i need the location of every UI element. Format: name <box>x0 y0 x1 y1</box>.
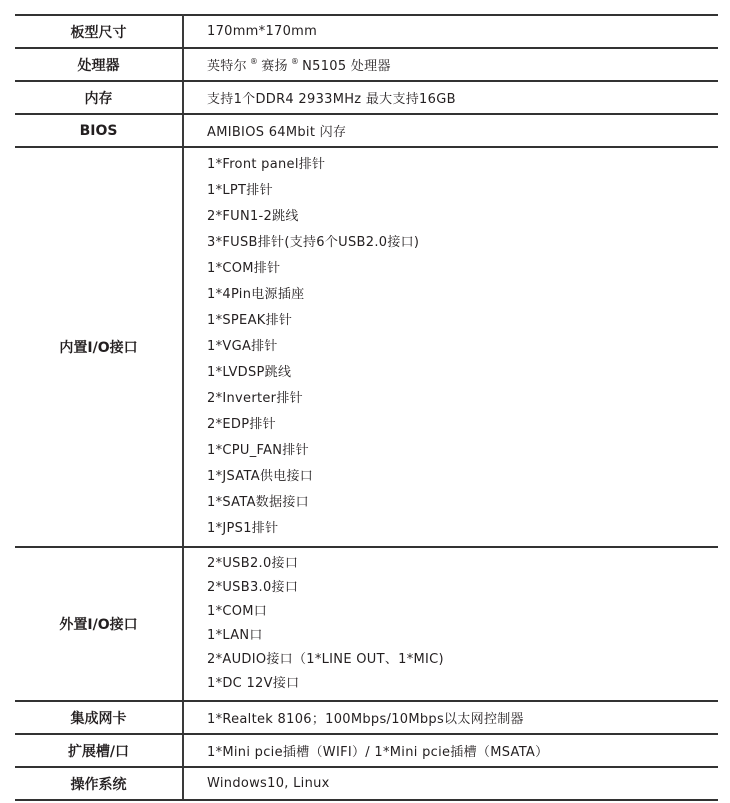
value-external-io: 2*USB2.0接口 2*USB3.0接口 1*COM口 1*LAN口 2*AU… <box>183 547 718 701</box>
list-item: 1*LVDSP跳线 <box>207 360 718 386</box>
list-item: 2*FUN1-2跳线 <box>207 204 718 230</box>
list-item: 2*AUDIO接口（1*LINE OUT、1*MIC) <box>207 648 718 672</box>
label-network: 集成网卡 <box>15 701 183 734</box>
list-item: 1*DC 12V接口 <box>207 672 718 696</box>
value-internal-io: 1*Front panel排针 1*LPT排针 2*FUN1-2跳线 3*FUS… <box>183 147 718 547</box>
list-item: 1*JSATA供电接口 <box>207 464 718 490</box>
external-io-list: 2*USB2.0接口 2*USB3.0接口 1*COM口 1*LAN口 2*AU… <box>207 548 718 700</box>
list-item: 3*FUSB排针(支持6个USB2.0接口) <box>207 230 718 256</box>
processor-series: 赛扬 <box>261 59 288 74</box>
value-network: 1*Realtek 8106；100Mbps/10Mbps以太网控制器 <box>183 701 718 734</box>
row-memory: 内存 支持1个DDR4 2933MHz 最大支持16GB <box>15 81 718 114</box>
row-network: 集成网卡 1*Realtek 8106；100Mbps/10Mbps以太网控制器 <box>15 701 718 734</box>
value-processor: 英特尔®赛扬®N5105 处理器 <box>183 48 718 81</box>
list-item: 1*COM排针 <box>207 256 718 282</box>
row-internal-io: 内置I/O接口 1*Front panel排针 1*LPT排针 2*FUN1-2… <box>15 147 718 547</box>
value-memory: 支持1个DDR4 2933MHz 最大支持16GB <box>183 81 718 114</box>
list-item: 1*SPEAK排针 <box>207 308 718 334</box>
row-processor: 处理器 英特尔®赛扬®N5105 处理器 <box>15 48 718 81</box>
label-os: 操作系统 <box>15 767 183 800</box>
registered-mark-icon: ® <box>291 57 299 66</box>
list-item: 1*LAN口 <box>207 624 718 648</box>
list-item: 1*CPU_FAN排针 <box>207 438 718 464</box>
list-item: 1*VGA排针 <box>207 334 718 360</box>
list-item: 1*LPT排针 <box>207 178 718 204</box>
value-expansion: 1*Mini pcie插槽（WIFI）/ 1*Mini pcie插槽（MSATA… <box>183 734 718 767</box>
row-external-io: 外置I/O接口 2*USB2.0接口 2*USB3.0接口 1*COM口 1*L… <box>15 547 718 701</box>
list-item: 1*Front panel排针 <box>207 152 718 178</box>
row-board-size: 板型尺寸 170mm*170mm <box>15 15 718 48</box>
label-memory: 内存 <box>15 81 183 114</box>
list-item: 2*EDP排针 <box>207 412 718 438</box>
label-processor: 处理器 <box>15 48 183 81</box>
row-expansion: 扩展槽/口 1*Mini pcie插槽（WIFI）/ 1*Mini pcie插槽… <box>15 734 718 767</box>
label-expansion: 扩展槽/口 <box>15 734 183 767</box>
list-item: 2*USB2.0接口 <box>207 552 718 576</box>
label-internal-io: 内置I/O接口 <box>15 147 183 547</box>
spec-table: 板型尺寸 170mm*170mm 处理器 英特尔®赛扬®N5105 处理器 内存… <box>15 14 718 801</box>
row-os: 操作系统 Windows10, Linux <box>15 767 718 800</box>
processor-brand: 英特尔 <box>207 59 247 74</box>
list-item: 1*4Pin电源插座 <box>207 282 718 308</box>
list-item: 1*COM口 <box>207 600 718 624</box>
label-board-size: 板型尺寸 <box>15 15 183 48</box>
processor-model: N5105 处理器 <box>302 59 391 74</box>
list-item: 2*Inverter排针 <box>207 386 718 412</box>
list-item: 2*USB3.0接口 <box>207 576 718 600</box>
list-item: 1*JPS1排针 <box>207 516 718 542</box>
value-board-size: 170mm*170mm <box>183 15 718 48</box>
label-bios: BIOS <box>15 114 183 147</box>
value-os: Windows10, Linux <box>183 767 718 800</box>
registered-mark-icon: ® <box>250 57 258 66</box>
row-bios: BIOS AMIBIOS 64Mbit 闪存 <box>15 114 718 147</box>
internal-io-list: 1*Front panel排针 1*LPT排针 2*FUN1-2跳线 3*FUS… <box>207 148 718 546</box>
list-item: 1*SATA数据接口 <box>207 490 718 516</box>
value-bios: AMIBIOS 64Mbit 闪存 <box>183 114 718 147</box>
label-external-io: 外置I/O接口 <box>15 547 183 701</box>
